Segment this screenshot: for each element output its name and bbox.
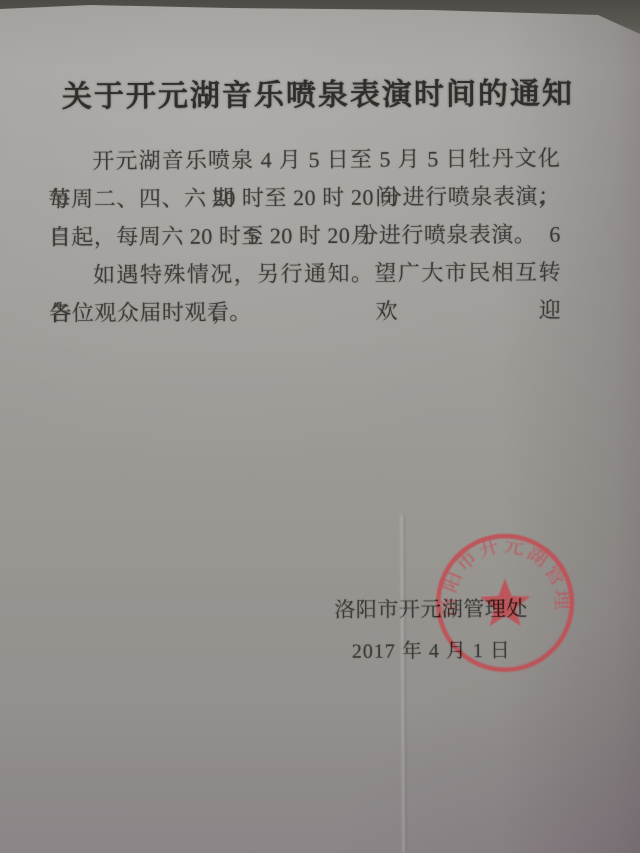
body-line: 开元湖音乐喷泉 4 月 5 日至 5 月 5 日牡丹文化节期间， [48, 140, 560, 181]
paper-crease [399, 515, 409, 852]
document-photo: 关于开元湖音乐喷泉表演时间的通知 开元湖音乐喷泉 4 月 5 日至 5 月 5 … [0, 0, 640, 853]
body-line: 每周二、四、六 20 时至 20 时 20 分进行喷泉表演；自 5 月 6 [48, 178, 560, 219]
official-seal: 洛阳市开元湖管理处 [424, 521, 587, 684]
seal-star-icon [480, 578, 530, 626]
body-line: 日起，每周六 20 时至 20 时 20 分进行喷泉表演。 [49, 216, 561, 257]
notice-title: 关于开元湖音乐喷泉表演时间的通知 [0, 68, 638, 116]
body-line: 如遇特殊情况，另行通知。望广大市民相互转告，欢迎 [49, 254, 561, 295]
notice-body: 开元湖音乐喷泉 4 月 5 日至 5 月 5 日牡丹文化节期间， 每周二、四、六… [48, 140, 561, 333]
notice-paper: 关于开元湖音乐喷泉表演时间的通知 开元湖音乐喷泉 4 月 5 日至 5 月 5 … [0, 0, 640, 853]
